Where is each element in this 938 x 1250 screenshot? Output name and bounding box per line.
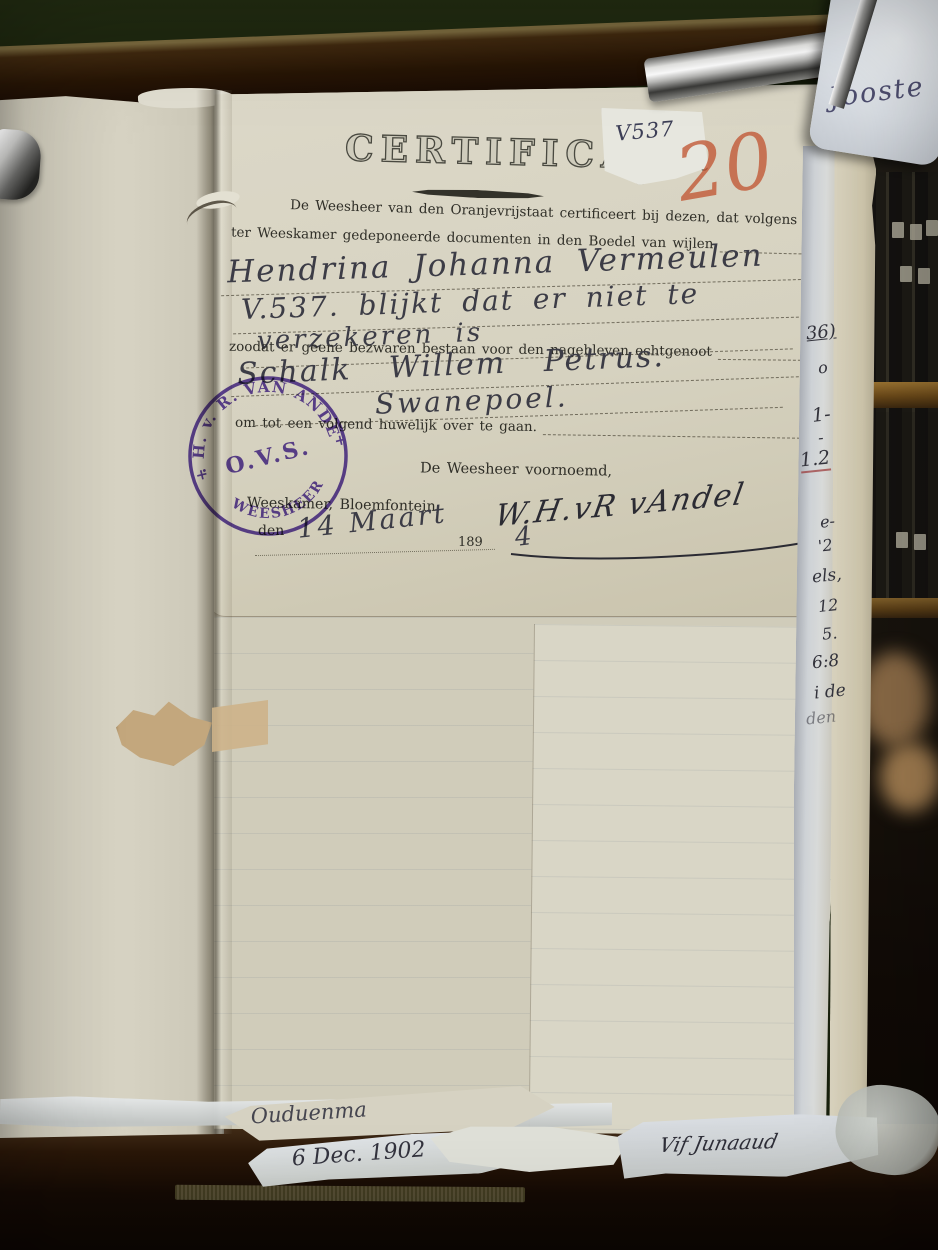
printed-year: 189: [458, 535, 483, 550]
margin-fragment: els,: [811, 565, 843, 588]
signature-flourish: [507, 538, 827, 562]
official-signature: W.H.vR vAndel: [492, 477, 748, 535]
red-page-number: 20: [669, 114, 780, 218]
background-blur-object: [880, 742, 938, 812]
stamp-cross-right: +: [332, 430, 349, 451]
stamp-center-text: O.V.S.: [223, 434, 314, 480]
svg-text:WEESHEER: WEESHEER: [225, 473, 334, 533]
signoff-line: De Weesheer voornoemd,: [420, 460, 612, 479]
margin-fragment: e-: [819, 511, 836, 531]
margin-fragment: i de: [813, 680, 847, 703]
margin-fragment: o: [817, 358, 829, 378]
book-label: [926, 220, 938, 236]
book-label: [892, 222, 904, 238]
archival-photo: CERTIFICAAT. De Weesheer van den Oranjev…: [0, 0, 938, 1250]
margin-fragment: 6:8: [811, 651, 840, 674]
stamp-arc-bottom-text: WEESHEER: [225, 473, 334, 533]
margin-fragment: '2: [817, 535, 833, 555]
left-page-stack: [0, 94, 224, 1138]
margin-fragment: 36): [805, 320, 837, 344]
bottom-signature-fragment: Vif Junaaud: [657, 1129, 780, 1157]
page-tear-stain: [212, 700, 268, 752]
book-label: [900, 266, 912, 282]
book-label: [896, 532, 908, 548]
book-cloth-edge: [175, 1185, 525, 1202]
clip-note-card: Jooste: [807, 0, 938, 167]
slip-reference-number: V537: [614, 117, 675, 146]
book-label: [910, 224, 922, 240]
margin-fragment: 1-: [811, 403, 832, 427]
margin-fragment: 1.2: [799, 446, 832, 473]
margin-fragment: den: [805, 706, 837, 728]
margin-fragment: 12: [817, 595, 839, 616]
fill-rule: [543, 421, 835, 439]
book-label: [918, 268, 930, 284]
book-label: [914, 534, 926, 550]
title-divider-ornament: [412, 188, 544, 201]
protruding-page-edges: 36) o 1- - 1.2 e- '2 els, 12 5. 6:8 i de…: [794, 146, 876, 1138]
margin-fragment: 5.: [821, 623, 838, 643]
